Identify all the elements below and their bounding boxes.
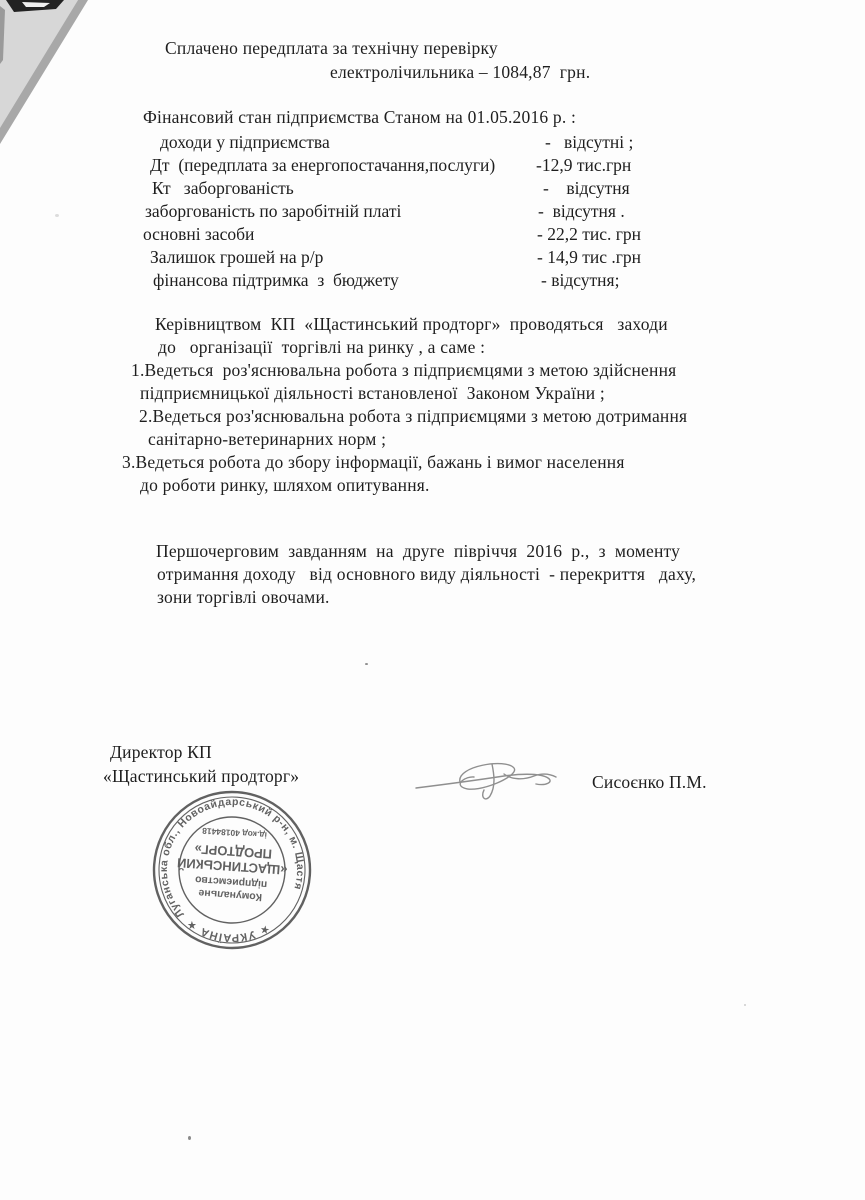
- measures-line: підприємницької діяльності встановленої …: [140, 382, 605, 404]
- measures-line: 3.Ведеться робота до збору інформації, б…: [122, 451, 625, 473]
- measures-line: санітарно-ветеринарних норм ;: [148, 428, 386, 450]
- row-value: -12,9 тис.грн: [536, 155, 631, 176]
- director-title-line-1: Директор КП: [110, 741, 212, 763]
- scan-speck: [55, 214, 59, 217]
- scan-speck: [744, 1004, 746, 1006]
- row-label: Залишок грошей на р/р: [150, 247, 323, 268]
- signature-scribble: [408, 752, 598, 812]
- row-label: доходи у підприємства: [160, 132, 330, 153]
- row-label: Кт заборгованість: [152, 178, 294, 199]
- director-name: Сисоєнко П.М.: [592, 771, 707, 793]
- priority-line: зони торгівлі овочами.: [157, 586, 330, 608]
- row-value: - відсутні ;: [545, 132, 633, 153]
- row-label: фінансова підтримка з бюджету: [153, 270, 399, 291]
- measures-line: Керівництвом КП «Щастинський продторг» п…: [155, 313, 668, 335]
- row-value: - відсутня: [543, 178, 630, 199]
- measures-line: 1.Ведеться роз'яснювальна робота з підпр…: [131, 359, 676, 381]
- scan-speck: [365, 663, 368, 665]
- stamp-code-line: ід.код 40184418: [202, 826, 268, 841]
- measures-line: до роботи ринку, шляхом опитування.: [140, 474, 430, 496]
- corner-fold-artifact: [0, 0, 110, 150]
- measures-line: 2.Ведеться роз'яснювальна робота з підпр…: [139, 405, 687, 427]
- measures-line: до організації торгівлі на ринку , а сам…: [158, 336, 485, 358]
- intro-line-2: електролічильника – 1084,87 грн.: [330, 61, 590, 83]
- row-value: - 14,9 тис .грн: [537, 247, 641, 268]
- row-label: основні засоби: [143, 224, 254, 245]
- row-label: Дт (передплата за енергопостачання,послу…: [150, 155, 495, 176]
- priority-line: отримання доходу від основного виду діял…: [157, 563, 696, 585]
- row-value: - 22,2 тис. грн: [537, 224, 641, 245]
- financial-row: фінансова підтримка з бюджету - відсутня…: [0, 270, 18, 354]
- financial-heading: Фінансовий стан підприємства Станом на 0…: [143, 106, 576, 128]
- row-label: заборгованість по заробітній платі: [145, 201, 401, 222]
- scanned-document-page: Сплачено передплата за технічну перевірк…: [0, 0, 865, 1200]
- priority-line: Першочерговим завданням на друге піврічч…: [156, 540, 680, 562]
- official-round-stamp: Луганська обл., Новоайдарський р-н, м. Щ…: [132, 770, 332, 970]
- intro-line-1: Сплачено передплата за технічну перевірк…: [165, 37, 498, 59]
- row-value: - відсутня;: [541, 270, 619, 291]
- row-value: - відсутня .: [538, 201, 625, 222]
- scan-speck: [188, 1136, 191, 1140]
